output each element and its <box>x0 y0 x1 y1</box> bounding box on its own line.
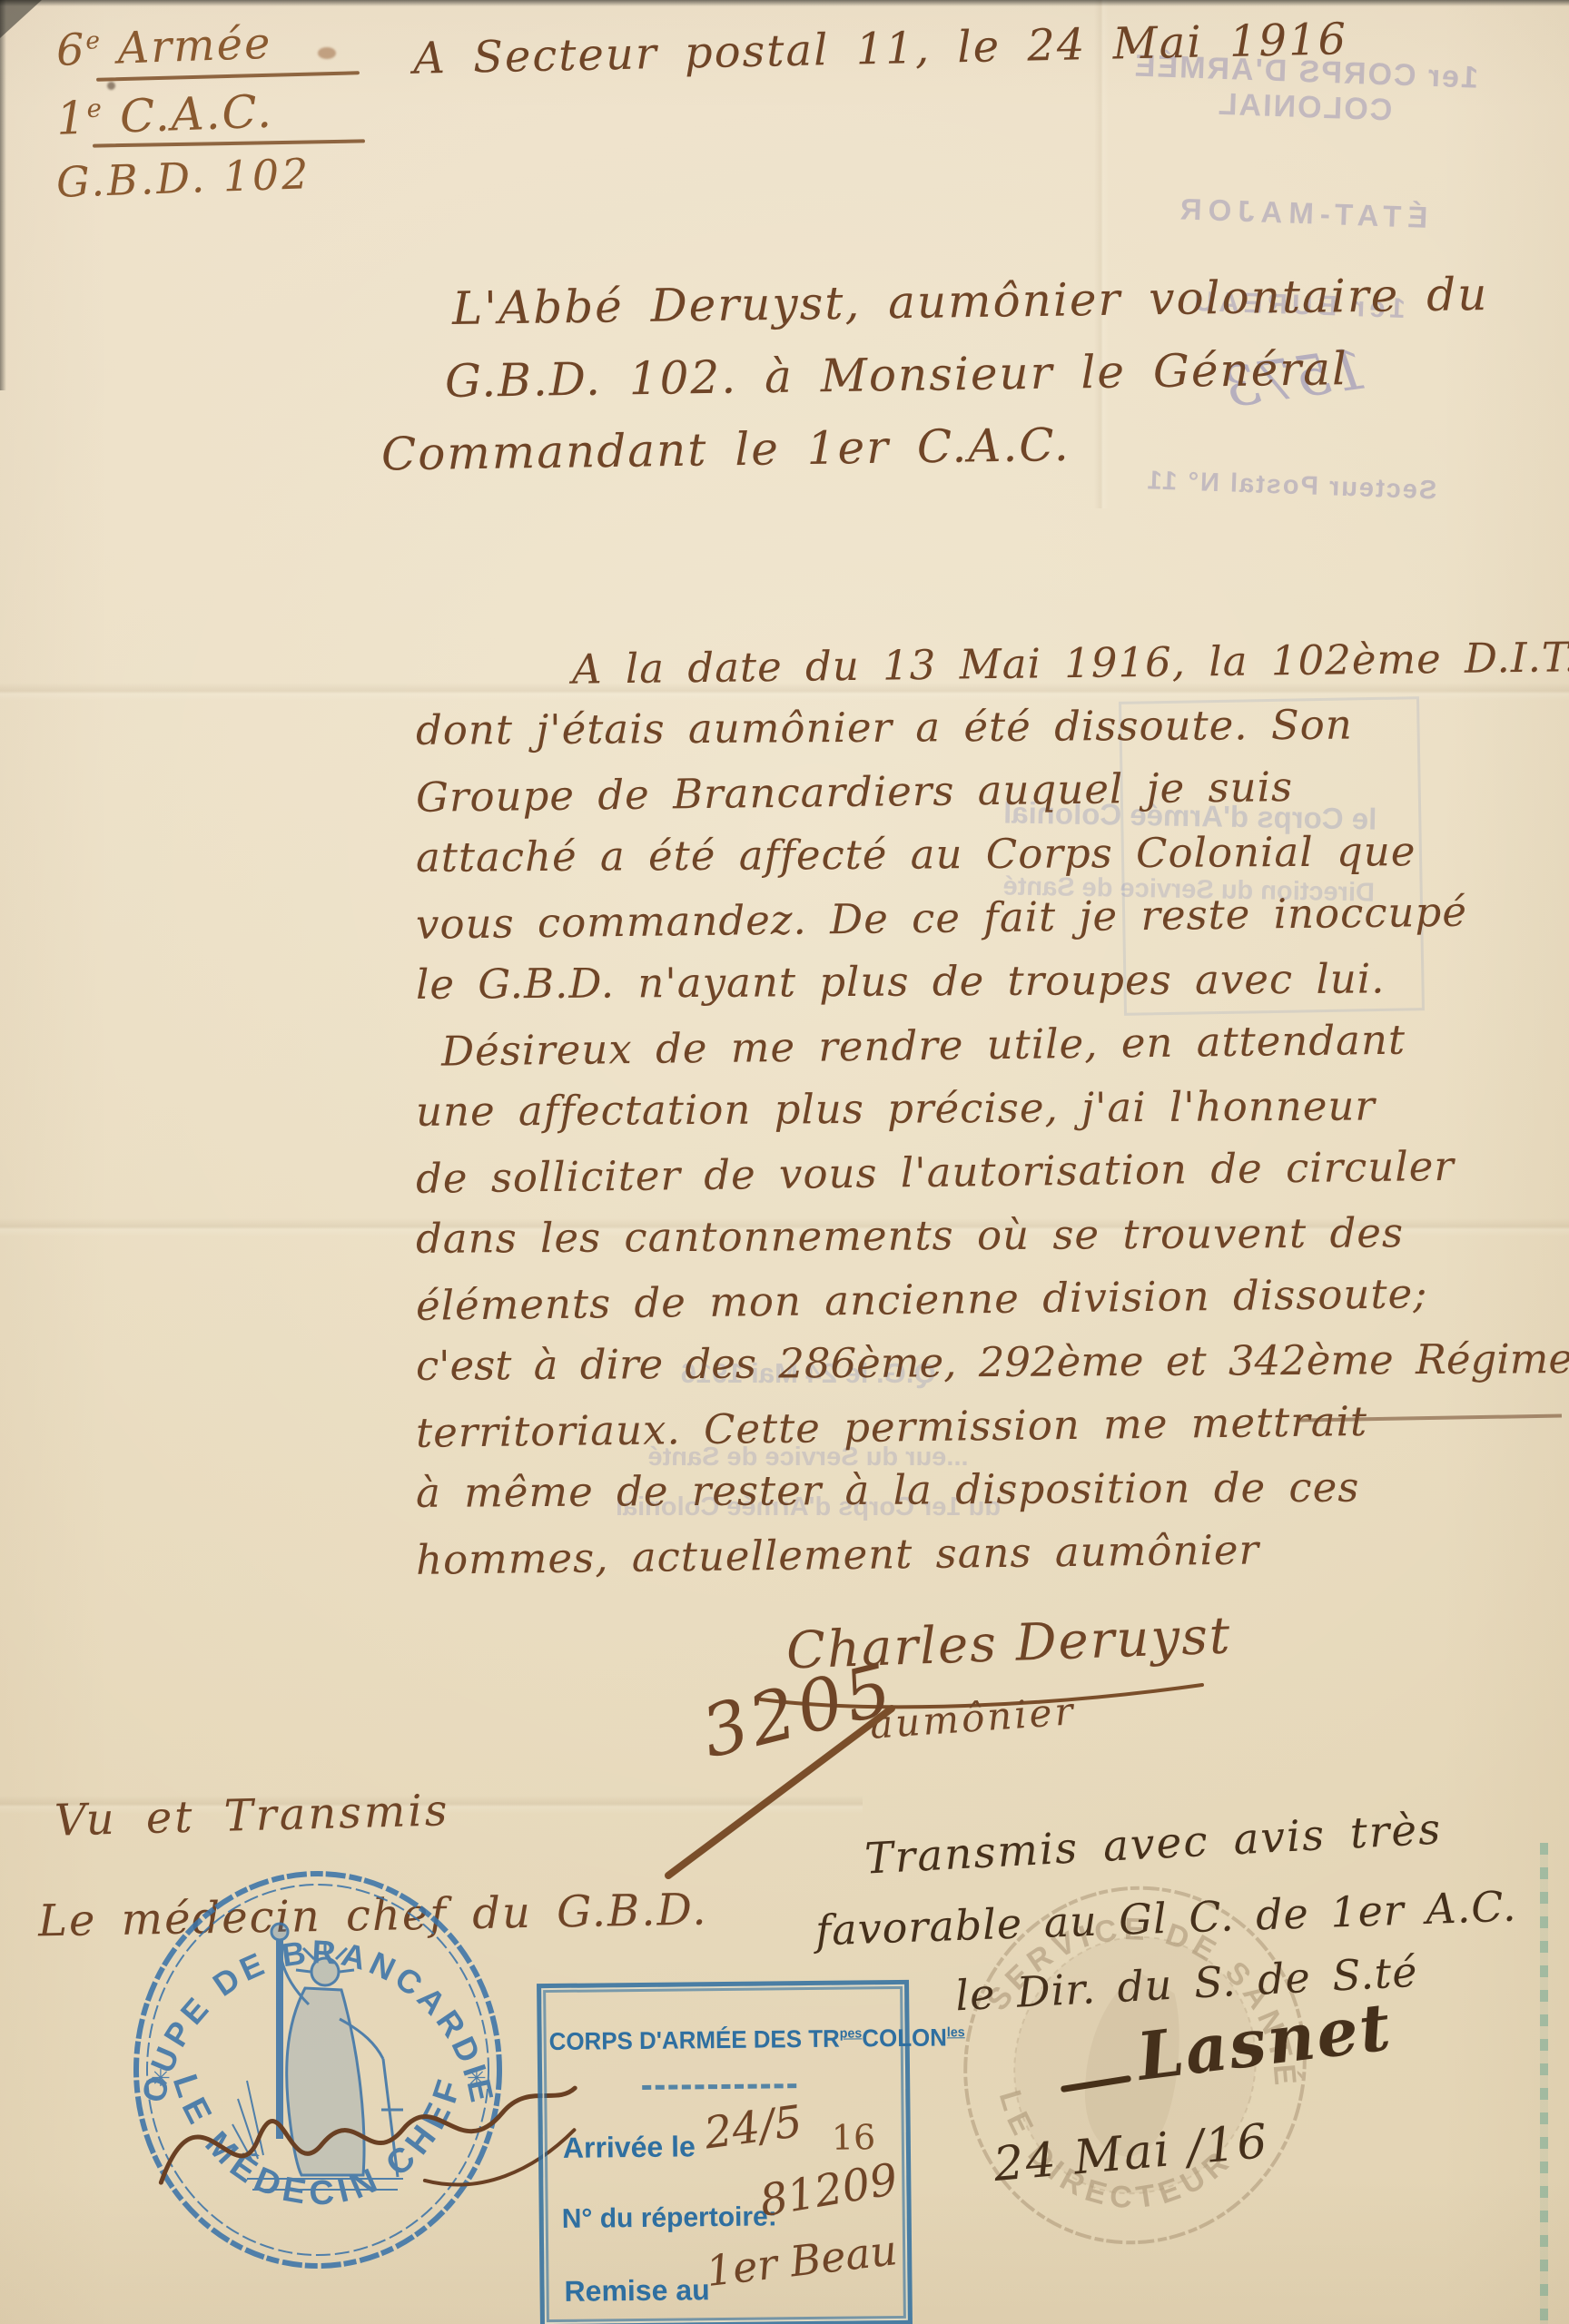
arrival-stamp-divider <box>642 2083 796 2090</box>
ghost-etat-major: ÉTAT-MAJOR <box>1046 187 1555 240</box>
corps-word: C.A.C. <box>103 85 274 143</box>
repertoire-value: 81209 <box>756 2153 902 2227</box>
body-line: le G.B.D. n'ayant plus de troupes avec l… <box>416 946 1569 1017</box>
arrival-stamp-header-a-sup: pes <box>840 2026 863 2041</box>
scanned-letter: 1er CORPS D'ARMÉE COLONIAL ÉTAT-MAJOR 1e… <box>0 0 1569 2324</box>
army-word: Armée <box>101 18 272 74</box>
unit-designation: G.B.D. 102 <box>55 147 366 207</box>
body-line: attaché a été affecté au Corps Colonial … <box>416 819 1569 890</box>
arrival-stamp: CORPS D'ARMÉE DES TRpesCOLONles Arrivée … <box>537 1980 913 2324</box>
body-line: Désireux de me rendre utile, en attendan… <box>441 1006 1569 1083</box>
arrival-stamp-header: CORPS D'ARMÉE DES TRpesCOLONles <box>549 2024 898 2056</box>
corps-number: 1 <box>55 92 88 145</box>
body-line: de solliciter de vous l'autorisation de … <box>416 1133 1569 1211</box>
body-line: dans les cantonnements où se trouvent de… <box>416 1200 1569 1271</box>
body-line: c'est à dire des 286ème, 292ème et 342èm… <box>416 1327 1569 1398</box>
army-designation: 6e Armée <box>55 15 366 76</box>
body-line: A la date du 13 Mai 1916, la 102ème D.I.… <box>572 625 1569 702</box>
repertoire-label: N° du répertoire: <box>562 2201 777 2234</box>
scan-edge-top <box>0 0 1569 6</box>
body-line: éléments de mon ancienne division dissou… <box>416 1260 1569 1338</box>
army-number: 6 <box>55 25 86 76</box>
body-line: Groupe de Brancardiers auquel je suis <box>416 752 1569 830</box>
letter-body: A la date du 13 Mai 1916, la 102ème D.I.… <box>416 632 1569 1585</box>
army-ordinal: e <box>85 26 103 55</box>
salutation-line: Commandant le 1er C.A.C. <box>381 402 1489 490</box>
scan-edge-streak <box>1540 1843 1548 2324</box>
body-line: territoriaux. Cette permission me mettra… <box>416 1387 1569 1465</box>
remise-value: 1er Beau <box>704 2225 900 2296</box>
corps-ordinal: e <box>86 94 104 123</box>
body-line: une affectation plus précise, j'ai l'hon… <box>416 1073 1569 1144</box>
body-line: dont j'étais aumônier a été dissoute. So… <box>416 692 1569 763</box>
arrival-stamp-header-a: CORPS D'ARMÉE DES TR <box>549 2025 840 2055</box>
scan-edge-left <box>0 0 6 390</box>
medecin-signature <box>141 2016 598 2247</box>
remise-label: Remise au <box>564 2273 709 2309</box>
corps-designation: 1e C.A.C. <box>55 82 366 145</box>
salutation-block: L'Abbé Deruyst, aumônier volontaire du G… <box>452 265 1488 483</box>
vu-et-transmis-note: Vu et Transmis <box>54 1785 450 1846</box>
arrivee-label: Arrivée le <box>563 2130 696 2165</box>
body-line: vous commandez. De ce fait je reste inoc… <box>416 879 1569 957</box>
unit-block: 6e Armée 1e C.A.C. G.B.D. 102 <box>56 20 365 202</box>
arrivee-year-value: 16 <box>832 2117 876 2158</box>
body-line: à même de rester à la disposition de ces <box>416 1454 1569 1525</box>
body-line: hommes, actuellement sans aumônier <box>416 1514 1569 1592</box>
arrivee-day-value: 24/5 <box>701 2096 804 2160</box>
